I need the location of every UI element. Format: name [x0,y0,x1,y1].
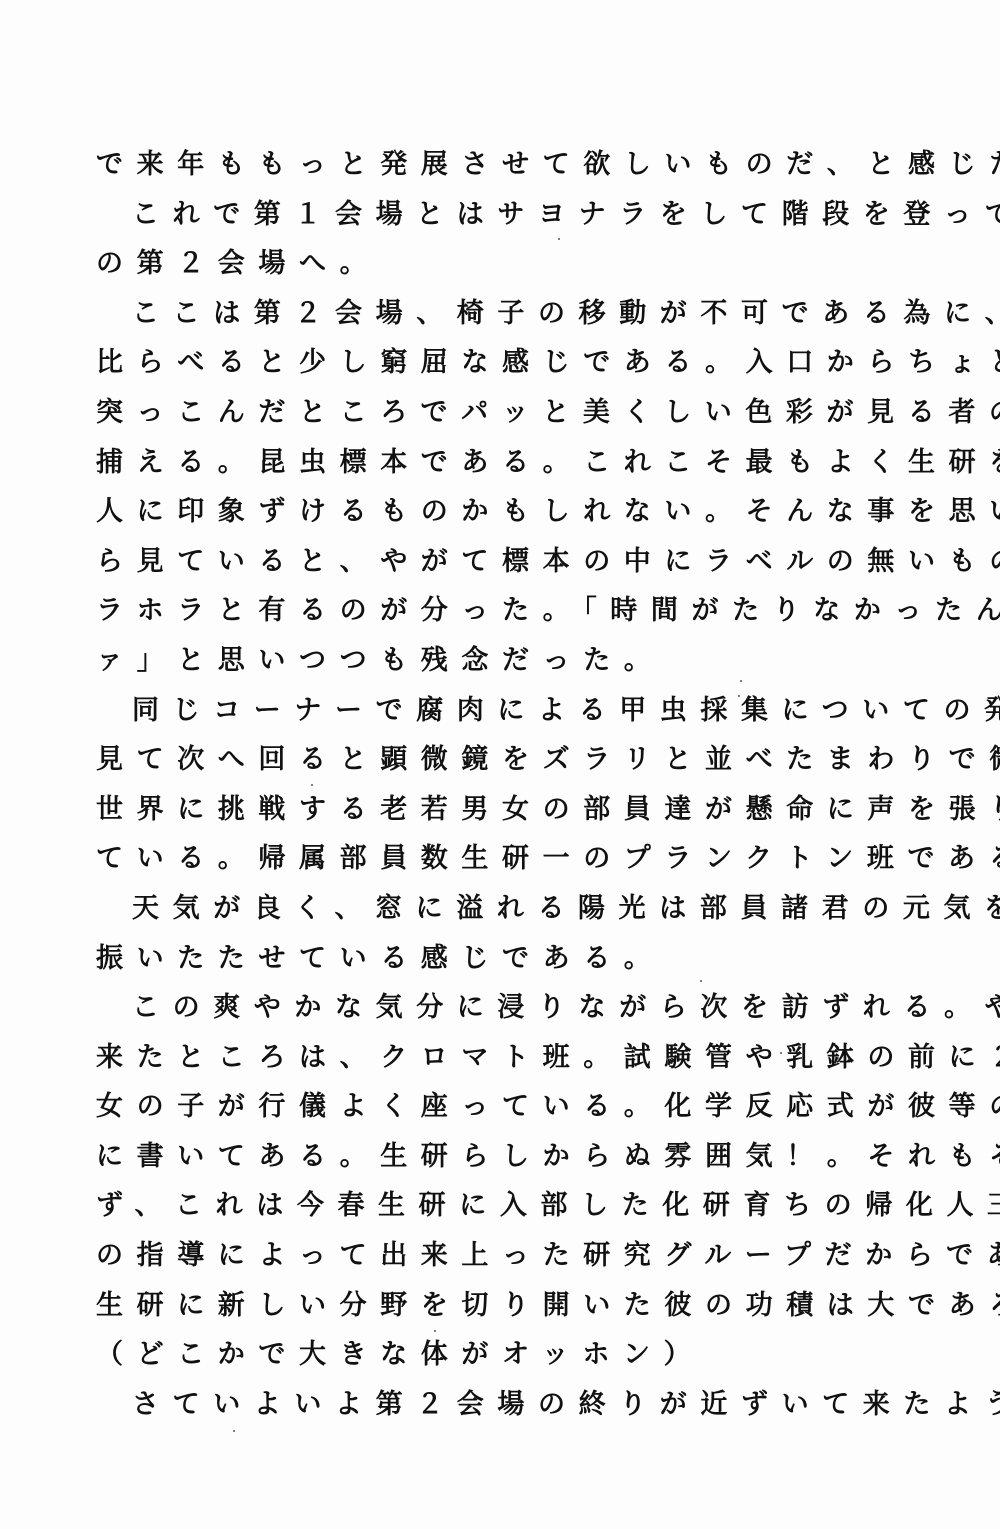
text-line-4: ここは第２会場、椅子の移動が不可である為に、下に [96,289,926,339]
text-line-12: 同じコーナーで腐肉による甲虫採集についての発表を [96,686,926,736]
text-line-21: に書いてある。生研らしからぬ雰囲気！。それもそのは [96,1132,926,1182]
text-line-18: この爽やかな気分に浸りながら次を訪ずれる。やって [96,983,926,1033]
text-line-24: 生研に新しい分野を切り開いた彼の功積は大であろう。 [96,1281,926,1331]
text-line-10: ラホラと有るのが分った。「時間がたりなかったんだな [96,586,926,636]
scan-speck [434,1330,436,1332]
text-line-13: 見て次へ回ると顕微鏡をズラリと並べたまわりで微小な [96,735,926,785]
text-line-6: 突っこんだところでパッと美くしい色彩が見る者の眼を [96,388,926,438]
body-text: で来年ももっと発展させて欲しいものだ、と感じた。 これで第１会場とはサヨナラをし… [96,140,926,1429]
text-line-19: 来たところは、クロマト班。試験管や乳鉢の前に２人の [96,1033,926,1083]
scan-speck [738,695,740,697]
text-line-7: 捕える。昆虫標本である。これこそ最もよく生研を見物 [96,438,926,488]
text-line-22: ず、これは今春生研に入部した化研育ちの帰化人三嶋うじ氏 [96,1181,926,1231]
text-line-8: 人に印象ずけるものかもしれない。そんな事を思いなが [96,487,926,537]
text-line-11: ァ」と思いつつも残念だった。 [96,636,926,686]
scan-speck [311,784,313,786]
text-line-26: さていよいよ第２会場の終りが近ずいて来たようであ [96,1380,926,1430]
text-line-17: 振いたたせている感じである。 [96,934,926,984]
scanned-page: で来年ももっと発展させて欲しいものだ、と感じた。 これで第１会場とはサヨナラをし… [0,0,1000,1529]
text-line-22-main: ず、これは今春生研に入部した化研育ちの帰化人三嶋 [96,1190,1000,1221]
text-line-9: ら見ていると、やがて標本の中にラベルの無いものがチ [96,537,926,587]
text-line-25: （どこかで大きな体がオッホン） [96,1330,926,1380]
text-line-20: 女の子が行儀よく座っている。化学反応式が彼等の背後 [96,1082,926,1132]
scan-speck [233,1430,235,1432]
text-line-23: の指導によって出来上った研究グループだからである。 [96,1231,926,1281]
text-line-2: これで第１会場とはサヨナラをして階段を登って２階 [96,190,926,240]
text-line-1: で来年ももっと発展させて欲しいものだ、と感じた。 [96,140,926,190]
scan-speck [558,238,560,240]
text-line-5: 比らべると少し窮屈な感じである。入口からちょと顔を [96,338,926,388]
scan-speck [780,1052,782,1054]
scan-speck [700,980,702,982]
text-line-16: 天気が良く、窓に溢れる陽光は部員諸君の元気を一層 [96,884,926,934]
text-line-3: の第２会場へ。 [96,239,926,289]
text-line-14: 世界に挑戦する老若男女の部員達が懸命に声を張り上げ [96,785,926,835]
text-line-15: ている。帰属部員数生研一のプランクトン班である。 [96,834,926,884]
scan-speck [740,680,742,682]
